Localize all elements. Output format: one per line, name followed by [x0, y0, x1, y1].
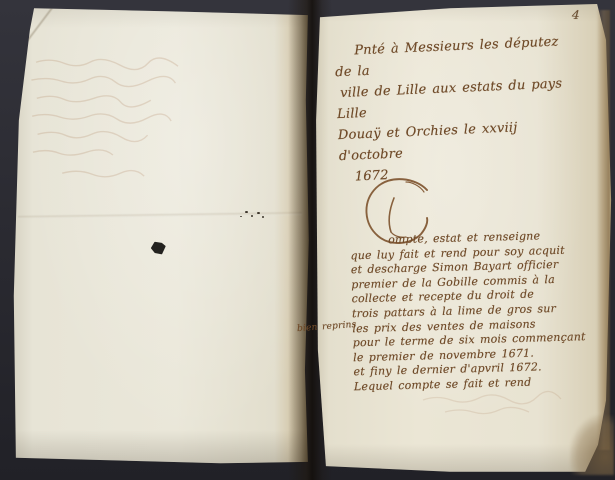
manuscript-scan: 4 Pnté à Messieurs les députez de la vil… [0, 0, 615, 480]
left-page [12, 5, 310, 467]
ink-speck [240, 216, 242, 217]
corner-stain [570, 415, 614, 475]
ink-speck [262, 216, 264, 218]
ink-speck [257, 212, 260, 214]
presentation-note: Pnté à Messieurs les députez de la ville… [334, 31, 578, 188]
bleedthrough-strokes-left [24, 53, 209, 198]
account-text: ompte, estat et renseigne que luy fait e… [350, 228, 606, 395]
ink-speck [251, 215, 253, 217]
folio-number: 4 [572, 8, 581, 22]
fold-crease-corner [14, 8, 60, 48]
ink-speck [245, 211, 248, 213]
bleedthrough-strokes-right [415, 390, 575, 420]
